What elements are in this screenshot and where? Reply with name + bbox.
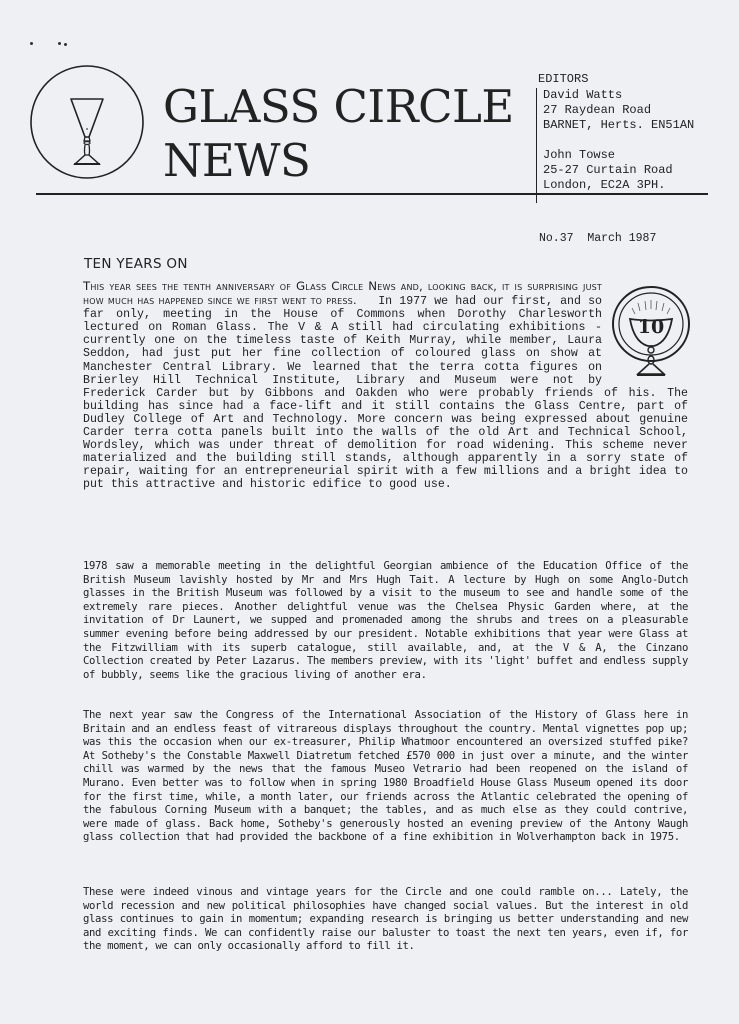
article-text: In 1977 we had our first, and so far onl… xyxy=(83,295,688,491)
svg-text:10: 10 xyxy=(638,316,664,338)
issue-date: March 1987 xyxy=(587,232,656,245)
editor-name: David Watts xyxy=(543,88,694,103)
issue-info: No.37 March 1987 xyxy=(539,232,656,245)
editors-panel: EDITORS David Watts 27 Raydean Road BARN… xyxy=(536,72,694,203)
header-divider xyxy=(36,193,708,195)
editor-address-line: BARNET, Herts. EN51AN xyxy=(543,118,694,133)
article-paragraph: The next year saw the Congress of the In… xyxy=(83,709,688,845)
masthead-title-line1: GLASS CIRCLE xyxy=(163,80,514,134)
article-paragraph: These were indeed vinous and vintage yea… xyxy=(83,886,688,954)
editor-address-line: 27 Raydean Road xyxy=(543,103,694,118)
editor-address-line: London, EC2A 3PH. xyxy=(543,178,694,193)
editor-address-line: 25-27 Curtain Road xyxy=(543,163,694,178)
editor-entry: John Towse 25-27 Curtain Road London, EC… xyxy=(543,148,694,193)
editor-entry: David Watts 27 Raydean Road BARNET, Hert… xyxy=(543,88,694,133)
scan-specks xyxy=(28,38,88,48)
ten-year-glass-icon: 10 xyxy=(610,284,692,384)
editors-list: David Watts 27 Raydean Road BARNET, Hert… xyxy=(536,88,694,203)
editors-label: EDITORS xyxy=(538,72,694,87)
article-title: TEN YEARS ON xyxy=(84,256,188,272)
article-paragraph: 1978 saw a memorable meeting in the deli… xyxy=(83,560,688,682)
wine-glass-circle-icon xyxy=(28,63,146,181)
editor-name: John Towse xyxy=(543,148,694,163)
article-paragraph: 10 This year sees the tenth anniversary … xyxy=(83,280,688,492)
masthead-title: GLASS CIRCLE NEWS xyxy=(163,80,514,188)
newsletter-page: GLASS CIRCLE NEWS EDITORS David Watts 27… xyxy=(0,0,739,1024)
masthead-title-line2: NEWS xyxy=(163,134,514,188)
issue-number: No.37 xyxy=(539,232,574,245)
